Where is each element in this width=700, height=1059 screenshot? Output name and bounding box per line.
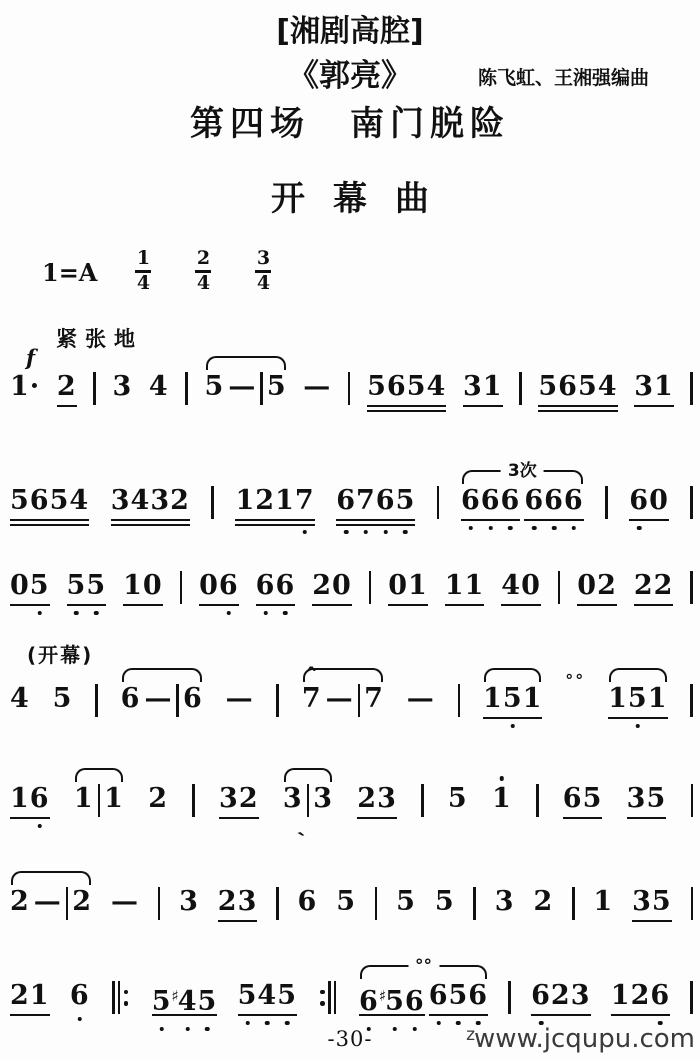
note-text: 2 <box>57 372 77 402</box>
rhythm-underline <box>634 604 674 607</box>
note-digit: 3 <box>238 887 258 917</box>
score-line-6: 2—2—323655532135 <box>8 887 695 922</box>
note-token: 5654 <box>10 486 89 526</box>
note-token: — <box>407 684 435 714</box>
note-digit: 1 <box>10 784 30 814</box>
note-digit: 6 <box>183 684 203 714</box>
barline <box>690 684 693 717</box>
note-text: 1 <box>593 887 613 917</box>
note-text: — <box>303 372 331 402</box>
note-digit: — <box>407 684 435 714</box>
note-digit: 5 <box>267 372 287 402</box>
note-digit: 5 <box>50 486 70 516</box>
note-digit: 5 <box>67 571 87 601</box>
rhythm-underline <box>10 524 89 527</box>
note-token: 6 <box>70 981 90 1011</box>
slur-group: °°6♯56656 <box>357 981 490 1016</box>
rhythm-underline <box>367 410 446 413</box>
note-text: 3 <box>283 784 303 814</box>
note-digit: 6 <box>121 684 141 714</box>
note-digit: 6 <box>30 784 50 814</box>
note-digit: 1 <box>10 372 30 402</box>
note-text: 21 <box>10 981 50 1011</box>
note-digit: · <box>30 372 40 402</box>
rhythm-underline <box>611 1014 670 1017</box>
note-token: 21 <box>10 981 50 1016</box>
note-token: 4 <box>149 372 169 402</box>
note-digit: 6 <box>387 372 407 402</box>
note-digit: 3 <box>283 784 303 814</box>
rhythm-underline <box>256 604 296 607</box>
note-token: 7 <box>364 684 384 714</box>
note-text: 20 <box>312 571 352 601</box>
note-digit: 5 <box>238 981 258 1011</box>
rhythm-underline <box>627 817 667 820</box>
note-digit: ° <box>575 666 585 696</box>
rhythm-underline <box>235 519 314 522</box>
key-time-row: 1=A 142434 <box>42 249 271 294</box>
note-digit: 1 <box>235 486 255 516</box>
note-digit: 0 <box>332 571 352 601</box>
slur-group: 6—6 <box>119 684 205 717</box>
barline <box>690 571 693 604</box>
slur-group: 33 <box>281 784 335 817</box>
note-digit: 0 <box>199 571 219 601</box>
slur-group-notes: 151 <box>481 684 544 719</box>
note-digit: 2 <box>72 887 92 917</box>
note-token: 35 <box>627 784 667 819</box>
repeat-dot <box>320 1001 325 1006</box>
barline <box>176 684 179 717</box>
note-digit: 5 <box>407 372 427 402</box>
rhythm-underline <box>199 604 239 607</box>
note-digit: 6 <box>629 486 649 516</box>
tie-arc <box>284 768 332 782</box>
note-text: 5654 <box>538 372 617 402</box>
note-text: 31 <box>463 372 503 402</box>
note-digit: 2 <box>654 571 674 601</box>
note-text: — <box>407 684 435 714</box>
note-text: — <box>111 887 139 917</box>
note-token: 5654 <box>538 372 617 412</box>
rhythm-underline <box>461 519 520 522</box>
note-text: 666 <box>524 486 583 516</box>
note-token: 05 <box>10 571 50 606</box>
rhythm-underline <box>123 604 163 607</box>
note-text: 7 <box>302 684 322 714</box>
note-token: 1· <box>10 372 40 402</box>
note-token: 06 <box>199 571 239 606</box>
barline <box>211 486 214 519</box>
note-digit: 6 <box>481 486 501 516</box>
rhythm-underline <box>57 405 77 408</box>
barline <box>66 887 69 920</box>
rhythm-underline <box>336 524 415 527</box>
note-token: 31 <box>634 372 674 407</box>
note-token: 3 <box>112 372 132 402</box>
note-digit: 6 <box>376 486 396 516</box>
note-digit: 4 <box>149 372 169 402</box>
note-digit: 1 <box>465 571 485 601</box>
note-token: 11 <box>445 571 485 606</box>
note-text: 60 <box>629 486 669 516</box>
note-digit: 6 <box>336 486 356 516</box>
note-digit: 6 <box>501 486 521 516</box>
note-text: 7 <box>364 684 384 714</box>
note-text: 5♯45 <box>152 981 218 1011</box>
note-text: 1 <box>104 784 124 814</box>
note-digit: 2 <box>551 981 571 1011</box>
note-token: 5 <box>396 887 416 917</box>
note-token: 2 <box>57 372 77 407</box>
note-digit: 5 <box>152 987 172 1017</box>
note-digit: 5 <box>578 372 598 402</box>
note-digit: 5 <box>646 784 666 814</box>
note-digit: 2 <box>170 486 190 516</box>
slur-group: 7—7 <box>300 684 386 717</box>
slur-group-notes: 11 <box>72 784 126 817</box>
tie-arc <box>122 668 202 682</box>
note-text: 22 <box>634 571 674 601</box>
note-digit: 6 <box>563 784 583 814</box>
note-digit: 2 <box>10 981 30 1011</box>
note-text: 1217 <box>235 486 314 516</box>
note-text: 06 <box>199 571 239 601</box>
note-token: 31 <box>463 372 503 407</box>
note-digit: 6 <box>70 981 90 1011</box>
note-text: 6765 <box>336 486 415 516</box>
slur-group-notes: 33 <box>281 784 335 817</box>
slur-group-notes: 151 <box>606 684 669 719</box>
note-digit: — <box>34 887 62 917</box>
note-digit: 4 <box>257 981 277 1011</box>
repeat-barline <box>112 981 115 1014</box>
barline <box>437 486 440 519</box>
note-digit: 3 <box>495 887 515 917</box>
time-signature: 14 <box>135 249 151 294</box>
rhythm-underline <box>531 1014 590 1017</box>
note-token: 1 <box>593 887 613 917</box>
tie-arc <box>609 668 666 682</box>
rhythm-underline <box>388 604 428 607</box>
note-digit: 3 <box>463 372 483 402</box>
note-digit: 2 <box>148 784 168 814</box>
note-digit: 3 <box>632 887 652 917</box>
ts-denominator: 4 <box>257 274 270 294</box>
note-digit: 1 <box>483 372 503 402</box>
note-token: 2 <box>533 887 553 917</box>
repeat-sign-open <box>111 981 131 1014</box>
note-token: 2 <box>72 887 92 917</box>
curtain-cue: (开幕) <box>27 639 93 668</box>
note-token: 151 <box>483 684 542 719</box>
note-text: — <box>34 887 62 917</box>
note-digit: 3 <box>313 784 333 814</box>
note-digit: 3 <box>111 486 131 516</box>
tie-arc <box>484 668 541 682</box>
note-digit: — <box>303 372 331 402</box>
barline <box>369 571 372 604</box>
note-digit: 6 <box>405 987 425 1017</box>
note-digit: 7 <box>295 486 315 516</box>
note-digit: 4 <box>10 684 30 714</box>
note-digit: — <box>326 684 354 714</box>
slur-group: 5—5 <box>203 372 289 405</box>
rhythm-underline <box>538 405 617 408</box>
note-digit: 3 <box>219 784 239 814</box>
note-text: 5 <box>396 887 416 917</box>
note-token: — <box>303 372 331 402</box>
rhythm-underline <box>111 519 190 522</box>
note-token: — <box>111 887 139 917</box>
note-text: 40 <box>501 571 541 601</box>
rhythm-underline <box>634 405 674 408</box>
note-token: — <box>226 684 254 714</box>
rhythm-underline <box>10 604 50 607</box>
barline <box>180 571 183 604</box>
note-token: 1 <box>74 784 94 814</box>
note-text: 3 <box>112 372 132 402</box>
note-digit: 4 <box>501 571 521 601</box>
rhythm-underline <box>67 604 107 607</box>
note-token: 1 <box>492 784 512 814</box>
note-token: 5 <box>53 684 73 714</box>
dynamic-marking: f <box>26 345 35 370</box>
note-text: 23 <box>218 887 258 917</box>
note-text: 2 <box>72 887 92 917</box>
note-digit: 5 <box>385 987 405 1017</box>
note-token: 5 <box>336 887 356 917</box>
note-text: 32 <box>219 784 259 814</box>
barline <box>375 887 378 920</box>
note-digit: 2 <box>255 486 275 516</box>
note-token: 7 <box>302 684 322 714</box>
barline <box>421 784 424 817</box>
note-digit: 6 <box>544 486 564 516</box>
note-token: 32 <box>219 784 259 819</box>
note-digit: 1 <box>608 684 628 714</box>
note-digit: 4 <box>178 987 198 1017</box>
note-digit: 4 <box>426 372 446 402</box>
note-digit: 1 <box>492 784 512 814</box>
note-digit: 6 <box>256 571 276 601</box>
note-text: — <box>228 372 256 402</box>
repeat-dot <box>124 990 129 995</box>
note-digit: 5 <box>396 486 416 516</box>
note-token: 4 <box>10 684 30 714</box>
note-token: 6 <box>298 887 318 917</box>
note-token: 5 <box>267 372 287 402</box>
note-digit: 6 <box>531 981 551 1011</box>
note-text: 2 <box>533 887 553 917</box>
note-token: 623 <box>531 981 590 1016</box>
note-digit: 7 <box>356 486 376 516</box>
key-signature: 1=A <box>42 258 97 287</box>
note-digit: 7 <box>302 684 322 714</box>
note-token: 16 <box>10 784 50 819</box>
breath-mark: ˋ <box>296 829 313 856</box>
note-text: 10 <box>123 571 163 601</box>
note-token: 02 <box>577 571 617 606</box>
note-digit: 6 <box>219 571 239 601</box>
note-text: — <box>144 684 172 714</box>
arc-label: °° <box>408 956 439 976</box>
note-digit: 6 <box>468 981 488 1011</box>
scene-title: 第四场 南门脱险 <box>0 96 700 145</box>
note-digit: 6 <box>275 571 295 601</box>
barline <box>690 981 693 1014</box>
rhythm-underline <box>336 519 415 522</box>
note-text: 23 <box>357 784 397 814</box>
tie-arc <box>11 871 91 885</box>
note-digit: 5 <box>53 684 73 714</box>
note-digit: 1 <box>483 684 503 714</box>
slur-group: 2—2 <box>8 887 94 920</box>
note-token: — <box>34 887 62 917</box>
note-token: 40 <box>501 571 541 606</box>
note-digit: 2 <box>357 784 377 814</box>
barline <box>691 784 694 817</box>
rhythm-underline <box>577 604 617 607</box>
note-digit: 1 <box>654 372 674 402</box>
note-token: 666 <box>461 486 520 521</box>
note-token: 3 <box>313 784 333 814</box>
note-digit: — <box>226 684 254 714</box>
rhythm-underline <box>238 1014 297 1017</box>
note-token: 2 <box>10 887 30 917</box>
note-digit: 0 <box>649 486 669 516</box>
note-token: — <box>326 684 354 714</box>
note-digit: 6 <box>429 981 449 1011</box>
note-token: 6 <box>121 684 141 714</box>
note-digit: 1 <box>123 571 143 601</box>
note-token: 1217 <box>235 486 314 526</box>
note-digit: 3 <box>377 784 397 814</box>
repeat-barline <box>334 981 337 1014</box>
note-digit: — <box>228 372 256 402</box>
rhythm-underline <box>445 604 485 607</box>
note-digit: 0 <box>10 571 30 601</box>
note-digit: 1 <box>523 684 543 714</box>
note-digit: 1 <box>104 784 124 814</box>
slur-group-notes: 6♯56656 <box>357 981 490 1016</box>
slur-group: 151 <box>606 684 669 719</box>
score-line-5: 16112323323516535 <box>8 784 695 819</box>
note-digit: 1 <box>611 981 631 1011</box>
note-digit: 2 <box>312 571 332 601</box>
note-digit: 2 <box>634 571 654 601</box>
note-text: 5 <box>336 887 356 917</box>
slur-group: 151 <box>481 684 544 719</box>
slur-group-notes: 5—5 <box>203 372 289 405</box>
note-digit: 5 <box>86 571 106 601</box>
note-token: 666 <box>524 486 583 521</box>
rhythm-underline <box>10 1014 50 1017</box>
composer-credit: 陈飞虹、王湘强编曲 <box>478 63 649 90</box>
note-token: 10 <box>123 571 163 606</box>
note-digit: 1 <box>74 784 94 814</box>
note-token: 23 <box>218 887 258 922</box>
note-digit: 7 <box>364 684 384 714</box>
rhythm-underline <box>10 519 89 522</box>
rhythm-underline <box>629 519 669 522</box>
note-text: 5 <box>53 684 73 714</box>
note-text: 4 <box>10 684 30 714</box>
note-text: 65 <box>563 784 603 814</box>
note-digit: 5 <box>448 981 468 1011</box>
note-digit: 5 <box>336 887 356 917</box>
note-token: 3 <box>179 887 199 917</box>
note-token: 5 <box>435 887 455 917</box>
ts-denominator: 4 <box>197 274 210 294</box>
score-line-4: 456—6—7—7—151°°151 <box>8 684 695 719</box>
note-digit: 1 <box>30 981 50 1011</box>
note-token: — <box>144 684 172 714</box>
note-token: °° <box>565 684 585 714</box>
note-digit: 1 <box>275 486 295 516</box>
rhythm-underline <box>10 817 50 820</box>
note-digit: 3 <box>627 784 647 814</box>
note-token: 3 <box>495 887 515 917</box>
note-text: 1 <box>492 784 512 814</box>
note-digit: 6 <box>461 486 481 516</box>
barline <box>358 684 361 717</box>
note-digit: 5 <box>435 887 455 917</box>
note-digit: 6 <box>650 981 670 1011</box>
note-token: 6765 <box>336 486 415 526</box>
note-text: °° <box>565 666 585 696</box>
note-digit: 3 <box>634 372 654 402</box>
note-digit: 5 <box>583 784 603 814</box>
note-token: 5♯45 <box>152 981 218 1016</box>
note-text: 1· <box>10 372 40 402</box>
note-text: 6 <box>121 684 141 714</box>
rhythm-underline <box>563 817 603 820</box>
slur-group-notes: 2—2 <box>8 887 94 920</box>
note-text: — <box>226 684 254 714</box>
barline <box>458 684 461 717</box>
note-digit: 4 <box>69 486 89 516</box>
note-digit: 1 <box>593 887 613 917</box>
note-text: 01 <box>388 571 428 601</box>
note-token: 65 <box>563 784 603 819</box>
note-digit: 6 <box>298 887 318 917</box>
note-digit: 0 <box>521 571 541 601</box>
note-text: 35 <box>627 784 667 814</box>
note-digit: 2 <box>631 981 651 1011</box>
note-digit: — <box>144 684 172 714</box>
note-text: 4 <box>149 372 169 402</box>
barline <box>348 372 351 405</box>
note-digit: 5 <box>503 684 523 714</box>
note-digit: 5 <box>396 887 416 917</box>
barline <box>185 372 188 405</box>
note-token: 3432 <box>111 486 190 526</box>
time-signature: 24 <box>195 249 211 294</box>
barline <box>95 684 98 717</box>
rhythm-underline <box>483 717 542 720</box>
barline <box>192 784 195 817</box>
note-text: 3 <box>313 784 333 814</box>
score-line-2: 56543432121767653次66666660 <box>8 486 695 526</box>
note-digit: 5 <box>448 784 468 814</box>
note-digit: — <box>111 887 139 917</box>
note-text: 3432 <box>111 486 190 516</box>
tempo-marking: 紧张地 <box>56 323 143 353</box>
note-digit: 4 <box>598 372 618 402</box>
note-token: 6 <box>183 684 203 714</box>
rhythm-underline <box>608 717 667 720</box>
